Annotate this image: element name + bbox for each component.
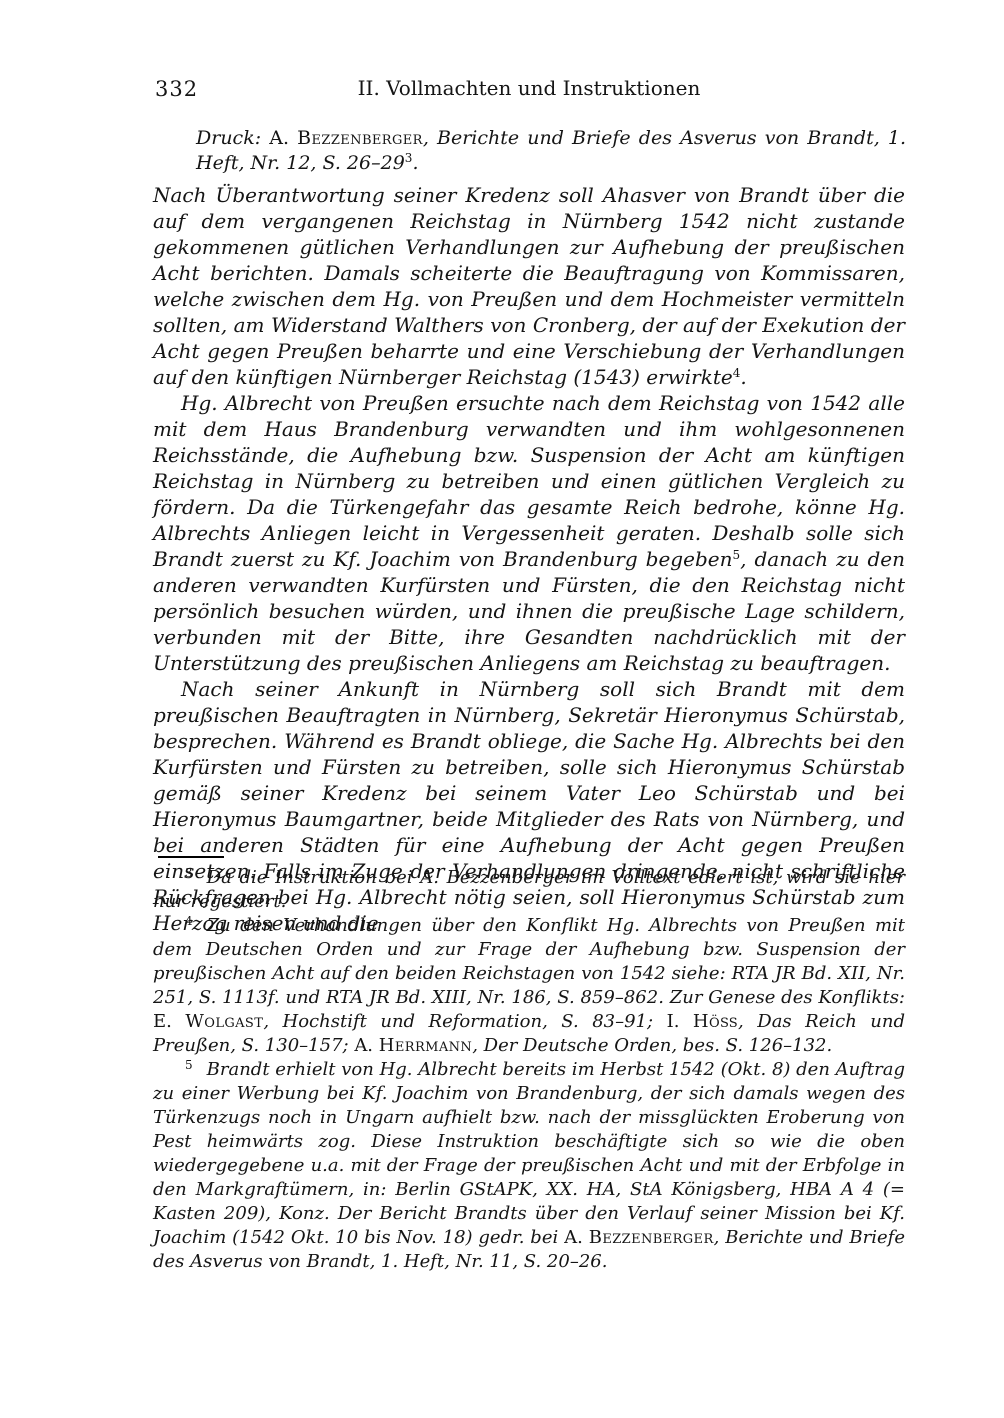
footnote-4-author-initial-1: E. xyxy=(153,1011,185,1032)
footnote-5-author-name: Bezzenberger xyxy=(589,1227,714,1248)
footnotes-block: 3Da die Instruktion bei A. Bezzenberger … xyxy=(153,866,905,1274)
footnote-4-author-name-1: Wolgast xyxy=(185,1011,263,1032)
citation-block: Druck: A. Bezzenberger, Berichte und Bri… xyxy=(196,126,906,176)
footnote-5-text-1: Brandt erhielt von Hg. Albrecht bereits … xyxy=(153,1059,905,1248)
footnote-4-text-1: Zu den Verhandlungen über den Konflikt H… xyxy=(153,915,905,1008)
footnote-4-author-name-2: Höß xyxy=(693,1011,738,1032)
footnote-5-author-initial: A. xyxy=(564,1227,589,1248)
page-number: 332 xyxy=(155,77,198,101)
footnote-4: 4Zu den Verhandlungen über den Konflikt … xyxy=(153,914,905,1058)
citation-author-initial: A. xyxy=(269,127,297,149)
citation-label: Druck: xyxy=(196,127,269,149)
footnote-4-author-initial-2: I. xyxy=(667,1011,693,1032)
paragraph-2-text: Hg. Albrecht von Preußen ersuchte nach d… xyxy=(153,391,905,571)
footnote-3: 3Da die Instruktion bei A. Bezzenberger … xyxy=(153,866,905,914)
citation-tail: . xyxy=(412,152,418,174)
footnote-ref-5: 5 xyxy=(732,548,740,562)
footnote-4-text-2: , Hochstift und Reformation, S. 83–91; xyxy=(263,1011,666,1032)
footnote-separator-rule xyxy=(158,856,224,858)
book-page: 332 II. Vollmachten und Instruktionen Dr… xyxy=(0,0,1004,1418)
running-title: II. Vollmachten und Instruktionen xyxy=(153,76,905,100)
regest-paragraph-2: Hg. Albrecht von Preußen ersuchte nach d… xyxy=(153,390,905,676)
footnote-4-author-initial-3: A. xyxy=(354,1035,378,1056)
footnote-3-number: 3 xyxy=(185,866,193,880)
footnote-4-number: 4 xyxy=(185,914,193,928)
page-header: 332 II. Vollmachten und Instruktionen xyxy=(153,76,905,100)
footnote-5-number: 5 xyxy=(185,1058,193,1072)
regest-paragraph-1: Nach Überantwortung seiner Kredenz soll … xyxy=(153,182,905,390)
paragraph-1-tail: . xyxy=(740,365,746,389)
citation-author-name: Bezzenberger xyxy=(297,127,423,149)
regest-body: Nach Überantwortung seiner Kredenz soll … xyxy=(153,182,905,936)
footnote-4-text-4: , Der Deutsche Orden, bes. S. 126–132. xyxy=(472,1035,832,1056)
footnote-5: 5Brandt erhielt von Hg. Albrecht bereits… xyxy=(153,1058,905,1274)
paragraph-1-text: Nach Überantwortung seiner Kredenz soll … xyxy=(153,183,905,389)
footnote-4-author-name-3: Herrmann xyxy=(379,1035,472,1056)
footnote-3-text: Da die Instruktion bei A. Bezzenberger i… xyxy=(153,867,905,912)
